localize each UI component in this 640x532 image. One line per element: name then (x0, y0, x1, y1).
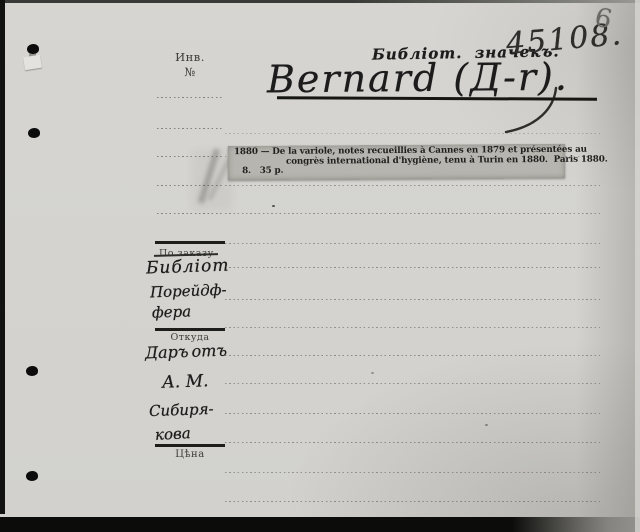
origin-line3: Сибиря- (149, 400, 214, 420)
ruled-line (225, 185, 600, 186)
ruled-line (225, 413, 600, 414)
hole-punch (28, 128, 40, 138)
scan-edge-right (635, 0, 640, 532)
hole-punch (27, 44, 39, 54)
ruled-line (225, 442, 600, 443)
origin-line2: А. М. (162, 371, 209, 393)
library-name-line1: Библіот (146, 256, 230, 279)
author-flourish (492, 86, 572, 141)
column-ruled-line (157, 213, 222, 214)
inventory-label: Инв. (155, 50, 225, 64)
section-separator (155, 241, 225, 244)
section-separator (155, 328, 225, 331)
ruled-line (225, 243, 600, 244)
ruled-line (225, 213, 600, 214)
scan-edge-top (0, 0, 640, 3)
catalog-card-scan: Инв. № Библіот. значекъ. 45108. Bernard … (0, 0, 640, 532)
price-label: Цѣна (155, 449, 225, 460)
ruled-line (225, 501, 600, 502)
origin-line4: кова (155, 424, 192, 444)
ruled-line (225, 299, 600, 300)
ruled-line (225, 267, 600, 268)
library-name-line3: фера (152, 302, 192, 321)
library-name-line2: Порейдф- (150, 281, 227, 302)
ruled-line (225, 472, 600, 473)
section-separator (155, 444, 225, 447)
printed-entry-slip: 1880 — De la variole, notes recueillies … (228, 144, 565, 180)
column-ruled-line (157, 97, 222, 98)
paper-speck (272, 205, 275, 207)
paper-speck (371, 372, 374, 374)
paper-speck (485, 424, 488, 426)
ruled-line (225, 383, 600, 384)
hole-punch (26, 471, 38, 481)
ruled-line (225, 355, 600, 356)
scan-edge-bottom (0, 517, 640, 532)
inventory-number-sign: № (155, 65, 225, 79)
hole-punch (26, 366, 38, 376)
torn-paper-flap (23, 55, 42, 70)
column-ruled-line (157, 128, 222, 129)
ink-smudge (192, 150, 232, 210)
entry-line-3: 8. 35 p. (242, 165, 565, 177)
origin-line1: Даръ отъ (145, 341, 228, 363)
ruled-line (225, 327, 600, 328)
scan-edge-left (0, 0, 5, 514)
